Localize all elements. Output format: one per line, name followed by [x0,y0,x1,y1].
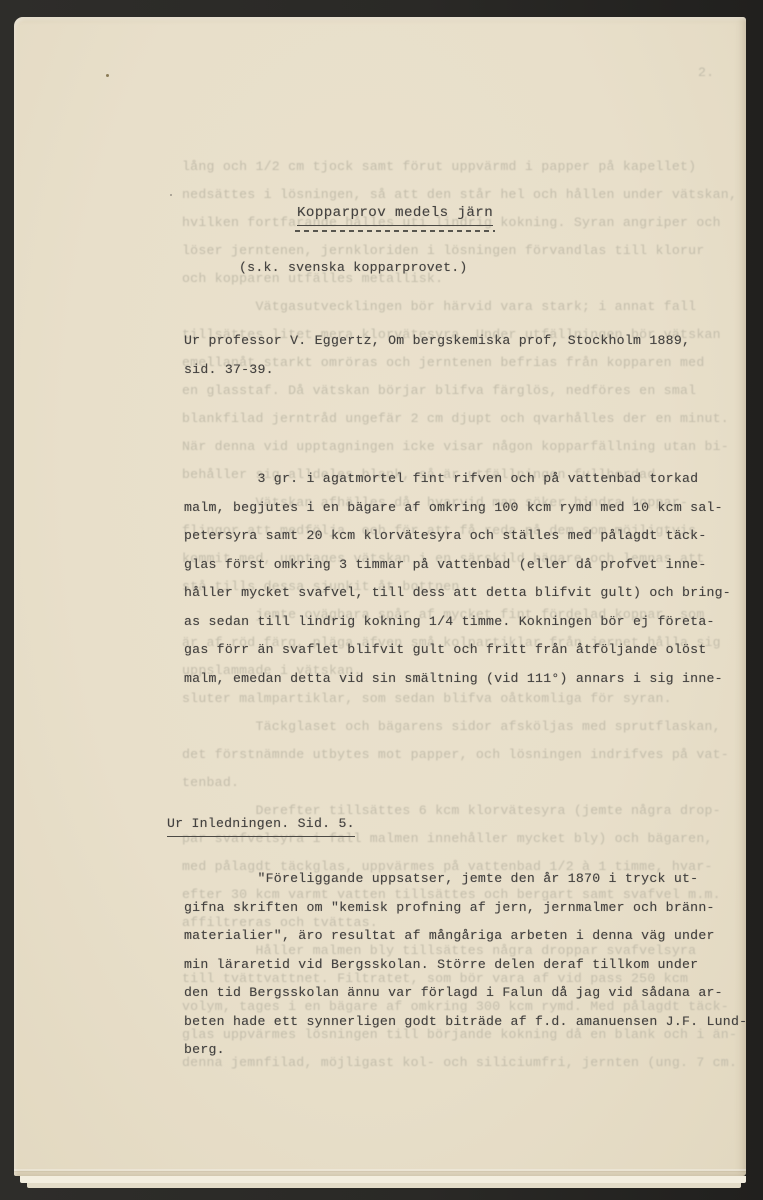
paper-crease [14,1169,746,1171]
document-subtitle: (s.k. svenska kopparprovet.) [239,258,468,278]
paper-speck [106,74,109,77]
paragraph-1: 3 gr. i agatmortel fint rifven och på va… [184,465,731,693]
paragraph-2: "Föreliggande uppsatser, jemte den år 18… [184,865,746,1065]
title-dashed-underline [295,230,495,232]
document-page: 2. lång och 1/2 cm tjock samt förut uppv… [14,17,746,1176]
section-heading: Ur Inledningen. Sid. 5. [167,814,355,837]
paper-speck [170,194,172,196]
source-reference: Ur professor V. Eggertz, Om bergskemiska… [184,327,690,384]
photo-backdrop: { "document": { "ghost_page_number": "2.… [0,0,763,1200]
underlying-sheet-edge [27,1183,741,1188]
table-background: 2. lång och 1/2 cm tjock samt förut uppv… [0,0,763,1200]
underlying-sheet-edge [20,1176,746,1183]
document-title: Kopparprov medels järn [297,203,493,226]
ghost-page-number: 2. [698,63,714,83]
